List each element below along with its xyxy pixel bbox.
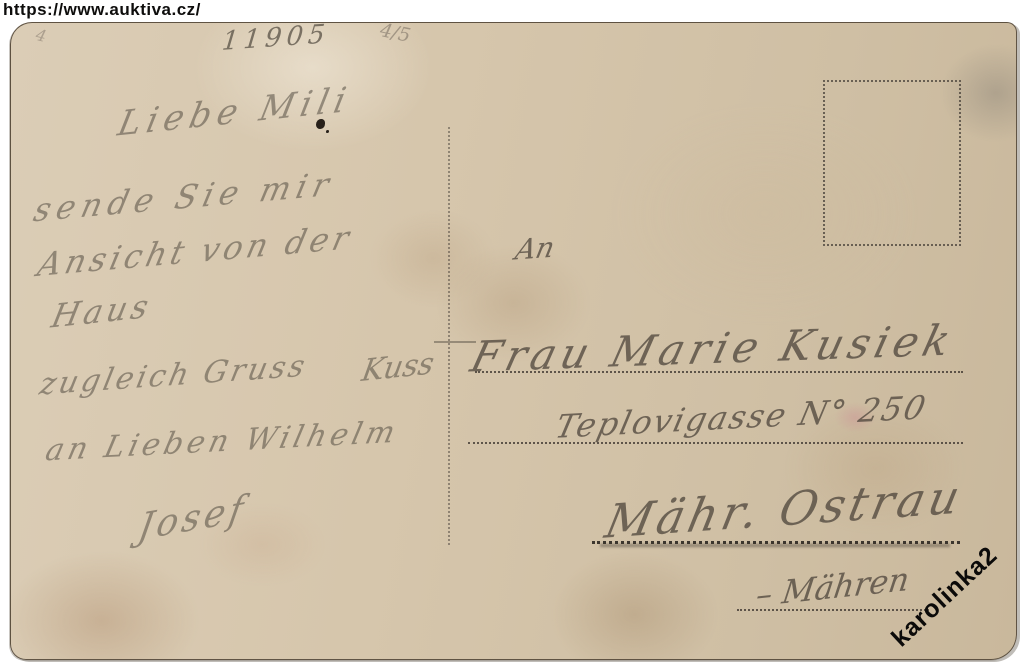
scanned-postcard-image: https://www.auktiva.cz/ 4 11905 4/5 Lieb… <box>0 0 1024 665</box>
divider-tick-mark <box>434 341 476 343</box>
address-rule-2 <box>468 442 963 444</box>
address-salutation: An <box>512 230 557 266</box>
address-divider-line <box>448 127 450 545</box>
stamp-box <box>823 80 961 246</box>
auction-url-watermark: https://www.auktiva.cz/ <box>3 0 201 20</box>
